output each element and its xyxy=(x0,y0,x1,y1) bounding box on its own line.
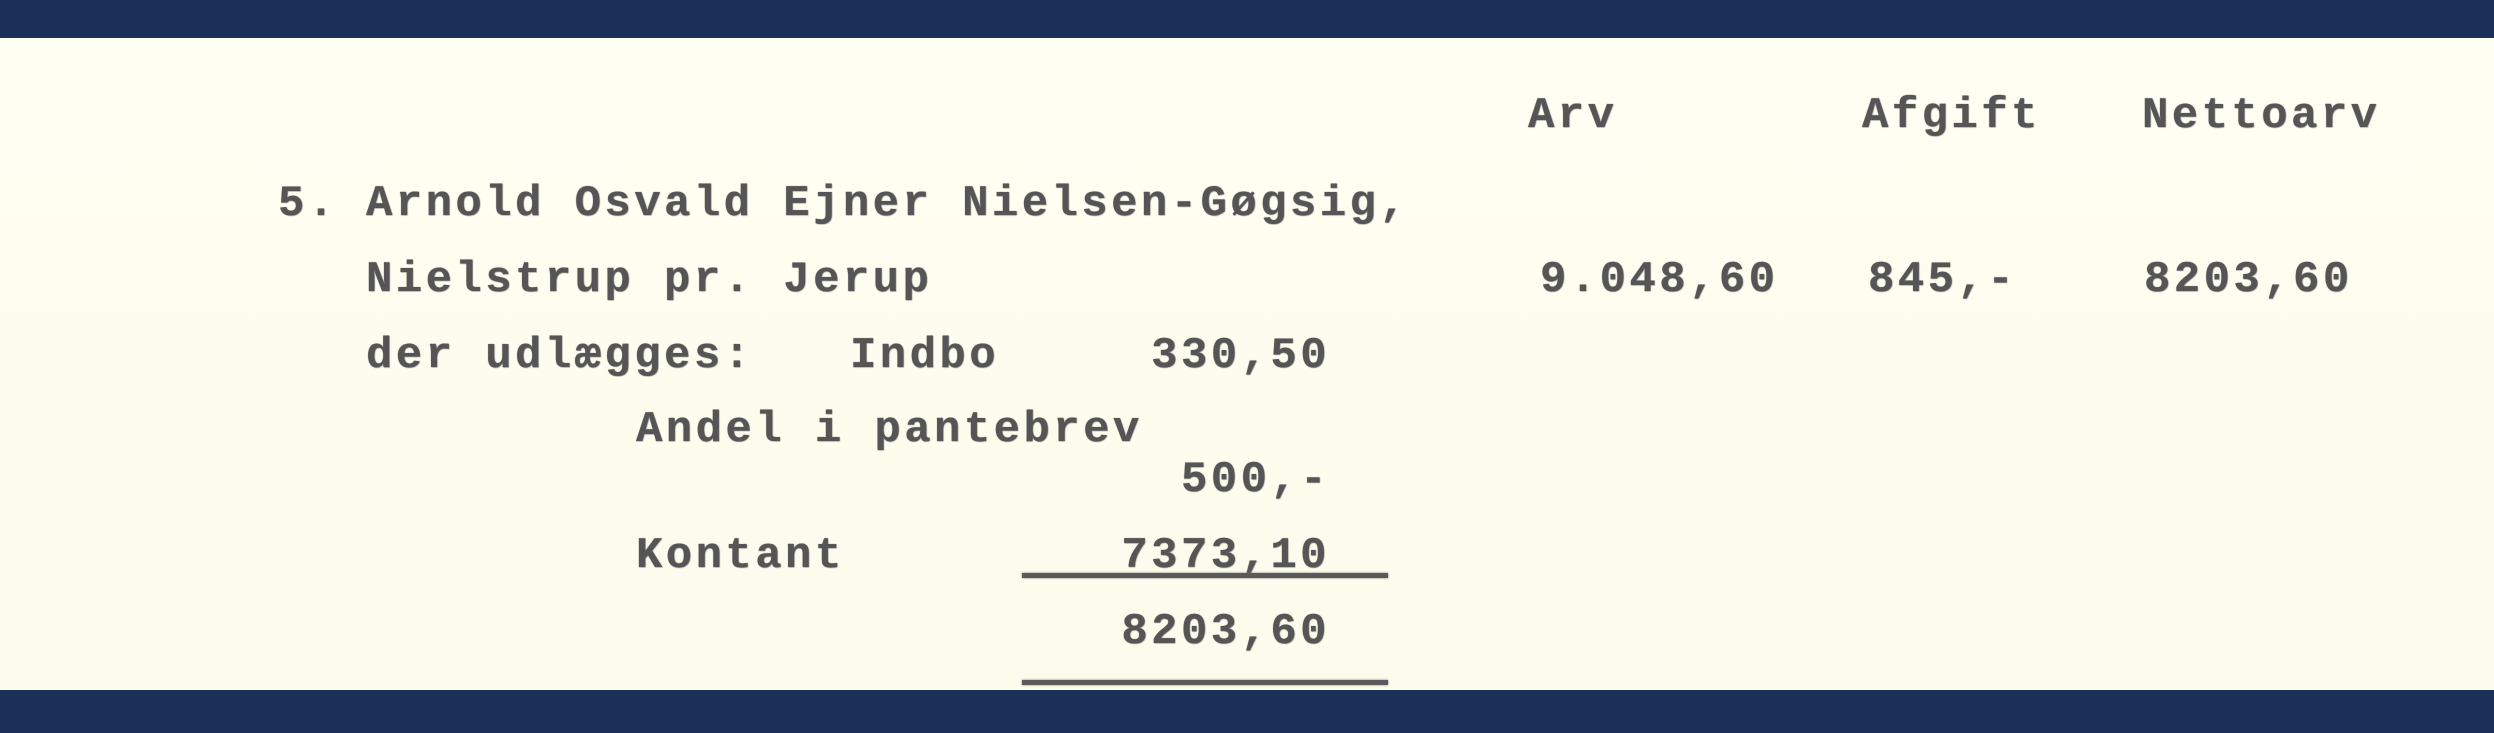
allocation-item-amount-kontant: 7373,10 xyxy=(1060,534,1330,578)
allocation-total: 8203,60 xyxy=(1060,610,1330,654)
sum-underline xyxy=(1022,573,1388,578)
entry-number: 5. xyxy=(278,182,338,226)
heir-address: Nielstrup pr. Jerup xyxy=(366,258,932,302)
column-header-nettoarv: Nettoarv xyxy=(2142,94,2380,138)
afgift-amount: 845,- xyxy=(1868,258,2017,302)
allocation-intro: der udlægges: xyxy=(366,334,753,378)
bottom-frame-band xyxy=(0,690,2494,733)
arv-amount: 9.048,60 xyxy=(1540,258,1778,302)
allocation-item-amount-indbo: 330,50 xyxy=(1060,334,1330,378)
allocation-item-amount-pantebrev: 500,- xyxy=(1060,458,1330,502)
top-frame-band xyxy=(0,0,2494,38)
column-header-afgift: Afgift xyxy=(1862,94,2041,138)
allocation-item-label-pantebrev: Andel i pantebrev xyxy=(636,408,1143,452)
allocation-item-label-indbo: Indbo xyxy=(850,334,999,378)
heir-name: Arnold Osvald Ejner Nielsen-Gøgsig, xyxy=(366,182,1409,226)
total-underline xyxy=(1022,680,1388,685)
allocation-item-label-kontant: Kontant xyxy=(636,534,845,578)
nettoarv-amount: 8203,60 xyxy=(2144,258,2353,302)
column-header-arv: Arv xyxy=(1528,94,1617,138)
